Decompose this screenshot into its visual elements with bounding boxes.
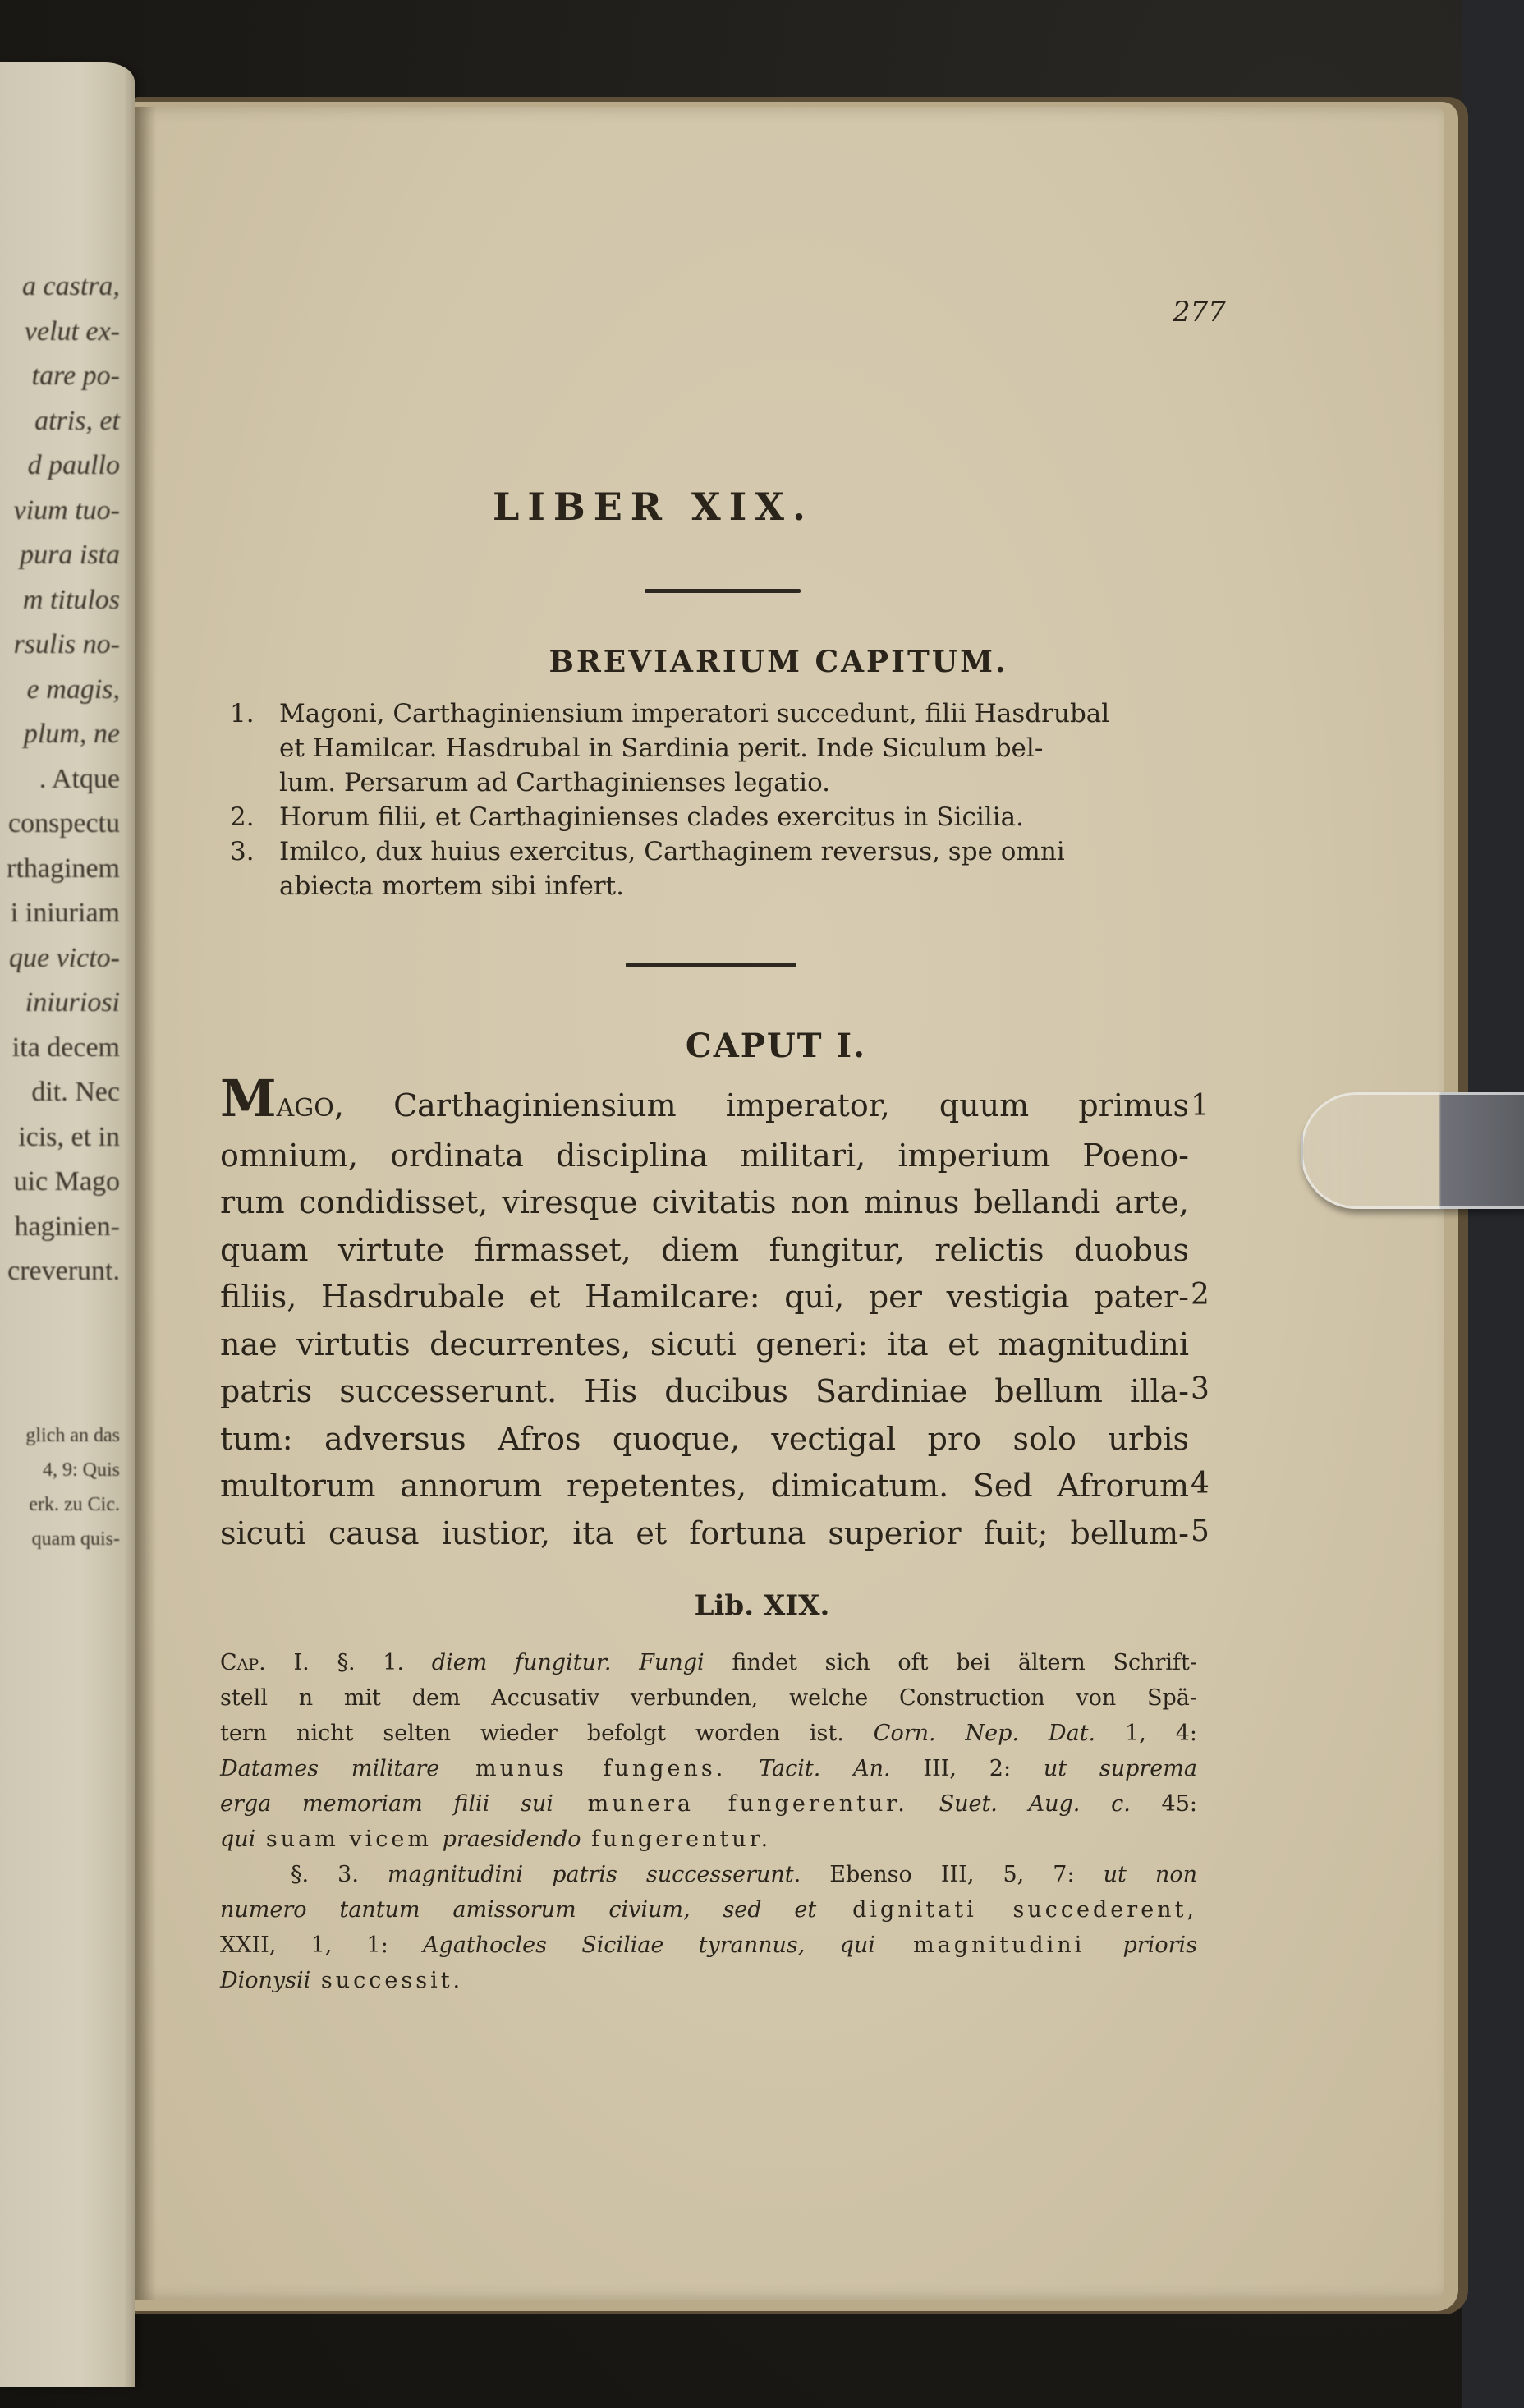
facing-page-line: haginien-: [15, 1211, 120, 1243]
note-segment: prioris: [1123, 1932, 1197, 1958]
margin-number: 3: [1191, 1372, 1210, 1406]
chapter-summary: 1.Magoni, Carthaginiensium imperatori su…: [230, 696, 1215, 903]
summary-line: Magoni, Carthaginiensium imperatori succ…: [230, 696, 1215, 731]
facing-page-note: 4, 9: Quis: [43, 1459, 120, 1482]
note-segment: erga memoriam filii sui: [220, 1791, 553, 1817]
facing-page-line: iniuriosi: [25, 987, 120, 1018]
body-line: rum condidisset, viresque civitatis non …: [220, 1179, 1189, 1227]
note-segment: Corn. Nep. Dat.: [874, 1721, 1095, 1746]
facing-page-note: glich an das: [25, 1425, 120, 1447]
body-line: omnium, ordinata disciplina militari, im…: [220, 1133, 1189, 1180]
summary-item-number: 2.: [230, 800, 255, 834]
body-line: tum: adversus Afros quoque, vectigal pro…: [220, 1416, 1189, 1464]
note-segment: dignitati succederent,: [816, 1897, 1197, 1923]
body-line-text: filiis, Hasdrubale et Hamilcare: qui, pe…: [220, 1279, 1189, 1315]
facing-page-line: a castra,: [22, 271, 120, 302]
note-segment: Cap. I. §. 1.: [220, 1650, 432, 1675]
note-segment: praesidendo: [443, 1827, 581, 1852]
note-segment: magnitudini patris successerunt.: [388, 1862, 801, 1887]
summary-item: 1.Magoni, Carthaginiensium imperatori su…: [230, 696, 1215, 800]
note-segment: tern nicht selten wieder befolgt worden …: [220, 1721, 874, 1746]
note-line: stell n mit dem Accusativ verbunden, wel…: [220, 1680, 1197, 1716]
facing-page-line: d paullo: [28, 450, 120, 481]
note-segment: stell n mit dem Accusativ verbunden, wel…: [220, 1685, 1197, 1711]
chapter-body: MAGO, Carthaginiensium imperator, quum p…: [220, 1082, 1189, 1557]
body-line-text: omnium, ordinata disciplina militari, im…: [220, 1137, 1189, 1174]
gutter-shadow: [135, 107, 156, 2300]
note-segment: successit.: [310, 1968, 463, 1993]
note-segment: Datames militare: [220, 1756, 439, 1781]
facing-page-line: icis, et in: [18, 1122, 120, 1153]
facing-page-line: pura ista: [20, 540, 120, 571]
body-line: nae virtutis decurrentes, sicuti generi:…: [220, 1321, 1189, 1369]
note-line: XXII, 1, 1: Agathocles Siciliae tyrannus…: [220, 1928, 1197, 1963]
facing-page-line: plum, ne: [24, 719, 120, 750]
summary-heading: BREVIARIUM CAPITUM.: [0, 645, 1524, 679]
body-line-text: multorum annorum repetentes, dimicatum. …: [220, 1468, 1189, 1504]
facing-page-note: quam quis-: [32, 1528, 120, 1551]
note-segment: numero tantum amissorum civium, sed et: [220, 1897, 816, 1923]
body-line: multorum annorum repetentes, dimicatum. …: [220, 1463, 1189, 1510]
facing-page-line: tare po-: [32, 361, 120, 392]
body-line-text: quam virtute firmasset, diem fungitur, r…: [220, 1232, 1189, 1268]
commentary-notes: Cap. I. §. 1. diem fungitur. Fungi finde…: [220, 1645, 1197, 1998]
margin-number: 1: [1191, 1089, 1210, 1123]
summary-item-number: 1.: [230, 696, 255, 731]
facing-page-line: velut ex-: [25, 316, 120, 347]
note-line: Cap. I. §. 1. diem fungitur. Fungi finde…: [220, 1645, 1197, 1680]
facing-page-line: conspectu: [8, 808, 120, 839]
summary-item: 3.Imilco, dux huius exercitus, Carthagin…: [230, 834, 1215, 903]
body-line-text: , Carthaginiensium imperator, quum primu…: [334, 1087, 1189, 1124]
facing-page-line: i iniuriam: [11, 898, 120, 929]
notes-heading: Lib. XIX.: [0, 1589, 1524, 1622]
note-segment: qui: [220, 1827, 255, 1852]
facing-page-line: dit. Nec: [31, 1077, 120, 1108]
body-line-text: rum condidisset, viresque civitatis non …: [220, 1184, 1189, 1220]
drop-cap: M: [220, 1068, 277, 1128]
body-line: patris successerunt. His ducibus Sardini…: [220, 1368, 1189, 1416]
note-segment: III, 2:: [891, 1756, 1044, 1781]
chapter-heading: CAPUT I.: [0, 1027, 1524, 1065]
first-word-small-caps: AGO: [277, 1094, 334, 1123]
book-title: LIBER XIX.: [493, 485, 814, 529]
facing-page-line: atris, et: [34, 406, 120, 437]
facing-page-line: que victo-: [9, 943, 120, 974]
summary-item-number: 3.: [230, 834, 255, 869]
facing-page: a castra,velut ex-tare po-atris, etd pau…: [0, 62, 135, 2387]
summary-line: Horum filii, et Carthaginienses clades e…: [230, 800, 1215, 834]
facing-page-line: m titulos: [23, 585, 120, 616]
body-line-text: sicuti causa iustior, ita et fortuna sup…: [220, 1515, 1189, 1551]
note-line: Datames militare munus fungens. Tacit. A…: [220, 1751, 1197, 1786]
note-line: erga memoriam filii sui munera fungerent…: [220, 1786, 1197, 1822]
margin-number: 2: [1191, 1278, 1210, 1312]
note-segment: Dionysii: [220, 1968, 310, 1993]
note-line: numero tantum amissorum civium, sed et d…: [220, 1892, 1197, 1928]
body-line: sicuti causa iustior, ita et fortuna sup…: [220, 1510, 1189, 1558]
body-line: filiis, Hasdrubale et Hamilcare: qui, pe…: [220, 1274, 1189, 1321]
title-rule: [645, 589, 801, 593]
facing-page-line: . Atque: [39, 764, 120, 795]
summary-line: Imilco, dux huius exercitus, Carthaginem…: [230, 834, 1215, 869]
facing-page-line: creverunt.: [7, 1256, 120, 1287]
body-line-text: patris successerunt. His ducibus Sardini…: [220, 1373, 1189, 1409]
note-segment: Tacit. An.: [726, 1756, 890, 1781]
note-segment: suam vicem: [255, 1827, 442, 1852]
summary-line: abiecta mortem sibi infert.: [230, 869, 1215, 903]
note-segment: §. 3.: [291, 1862, 388, 1887]
note-segment: munus fungens.: [439, 1756, 726, 1781]
note-segment: magnitudini: [875, 1932, 1123, 1958]
note-line: §. 3. magnitudini patris successerunt. E…: [220, 1857, 1197, 1892]
body-line-text: tum: adversus Afros quoque, vectigal pro…: [220, 1421, 1189, 1457]
note-segment: fungerentur.: [581, 1827, 772, 1852]
note-segment: findet sich oft bei ältern Schrift-: [705, 1650, 1197, 1675]
note-segment: Ebenso III, 5, 7:: [801, 1862, 1103, 1887]
note-segment: 45:: [1131, 1791, 1197, 1817]
note-segment: diem fungitur.: [432, 1650, 612, 1675]
margin-number: 5: [1191, 1514, 1210, 1548]
note-segment: Suet. Aug. c.: [908, 1791, 1131, 1817]
note-segment: 1, 4:: [1095, 1721, 1197, 1746]
page-number: 277: [1173, 296, 1226, 329]
note-segment: XXII, 1, 1:: [220, 1932, 423, 1958]
body-line: MAGO, Carthaginiensium imperator, quum p…: [220, 1082, 1189, 1133]
note-line: tern nicht selten wieder befolgt worden …: [220, 1716, 1197, 1751]
note-line: qui suam vicem praesidendo fungerentur.: [220, 1822, 1197, 1857]
body-line: quam virtute firmasset, diem fungitur, r…: [220, 1227, 1189, 1275]
note-segment: [612, 1650, 640, 1675]
margin-number: 4: [1191, 1467, 1210, 1500]
note-segment: Agathocles Siciliae tyrannus, qui: [423, 1932, 875, 1958]
facing-page-line: rthaginem: [7, 853, 120, 885]
facing-page-line: vium tuo-: [14, 495, 120, 526]
note-segment: Fungi: [639, 1650, 704, 1675]
facing-page-line: uic Mago: [14, 1166, 120, 1197]
note-segment: ut non: [1104, 1862, 1197, 1887]
body-line-text: nae virtutis decurrentes, sicuti generi:…: [220, 1326, 1189, 1363]
page-clip: [1301, 1092, 1524, 1209]
note-segment: ut suprema: [1044, 1756, 1197, 1781]
summary-line: et Hamilcar. Hasdrubal in Sardinia perit…: [230, 731, 1215, 765]
note-line: Dionysii successit.: [220, 1963, 1197, 1998]
summary-item: 2.Horum filii, et Carthaginienses clades…: [230, 800, 1215, 834]
note-segment: munera fungerentur.: [553, 1791, 908, 1817]
chapter-rule: [626, 963, 796, 967]
facing-page-note: erk. zu Cic.: [29, 1494, 120, 1516]
summary-line: lum. Persarum ad Carthaginienses legatio…: [230, 765, 1215, 800]
